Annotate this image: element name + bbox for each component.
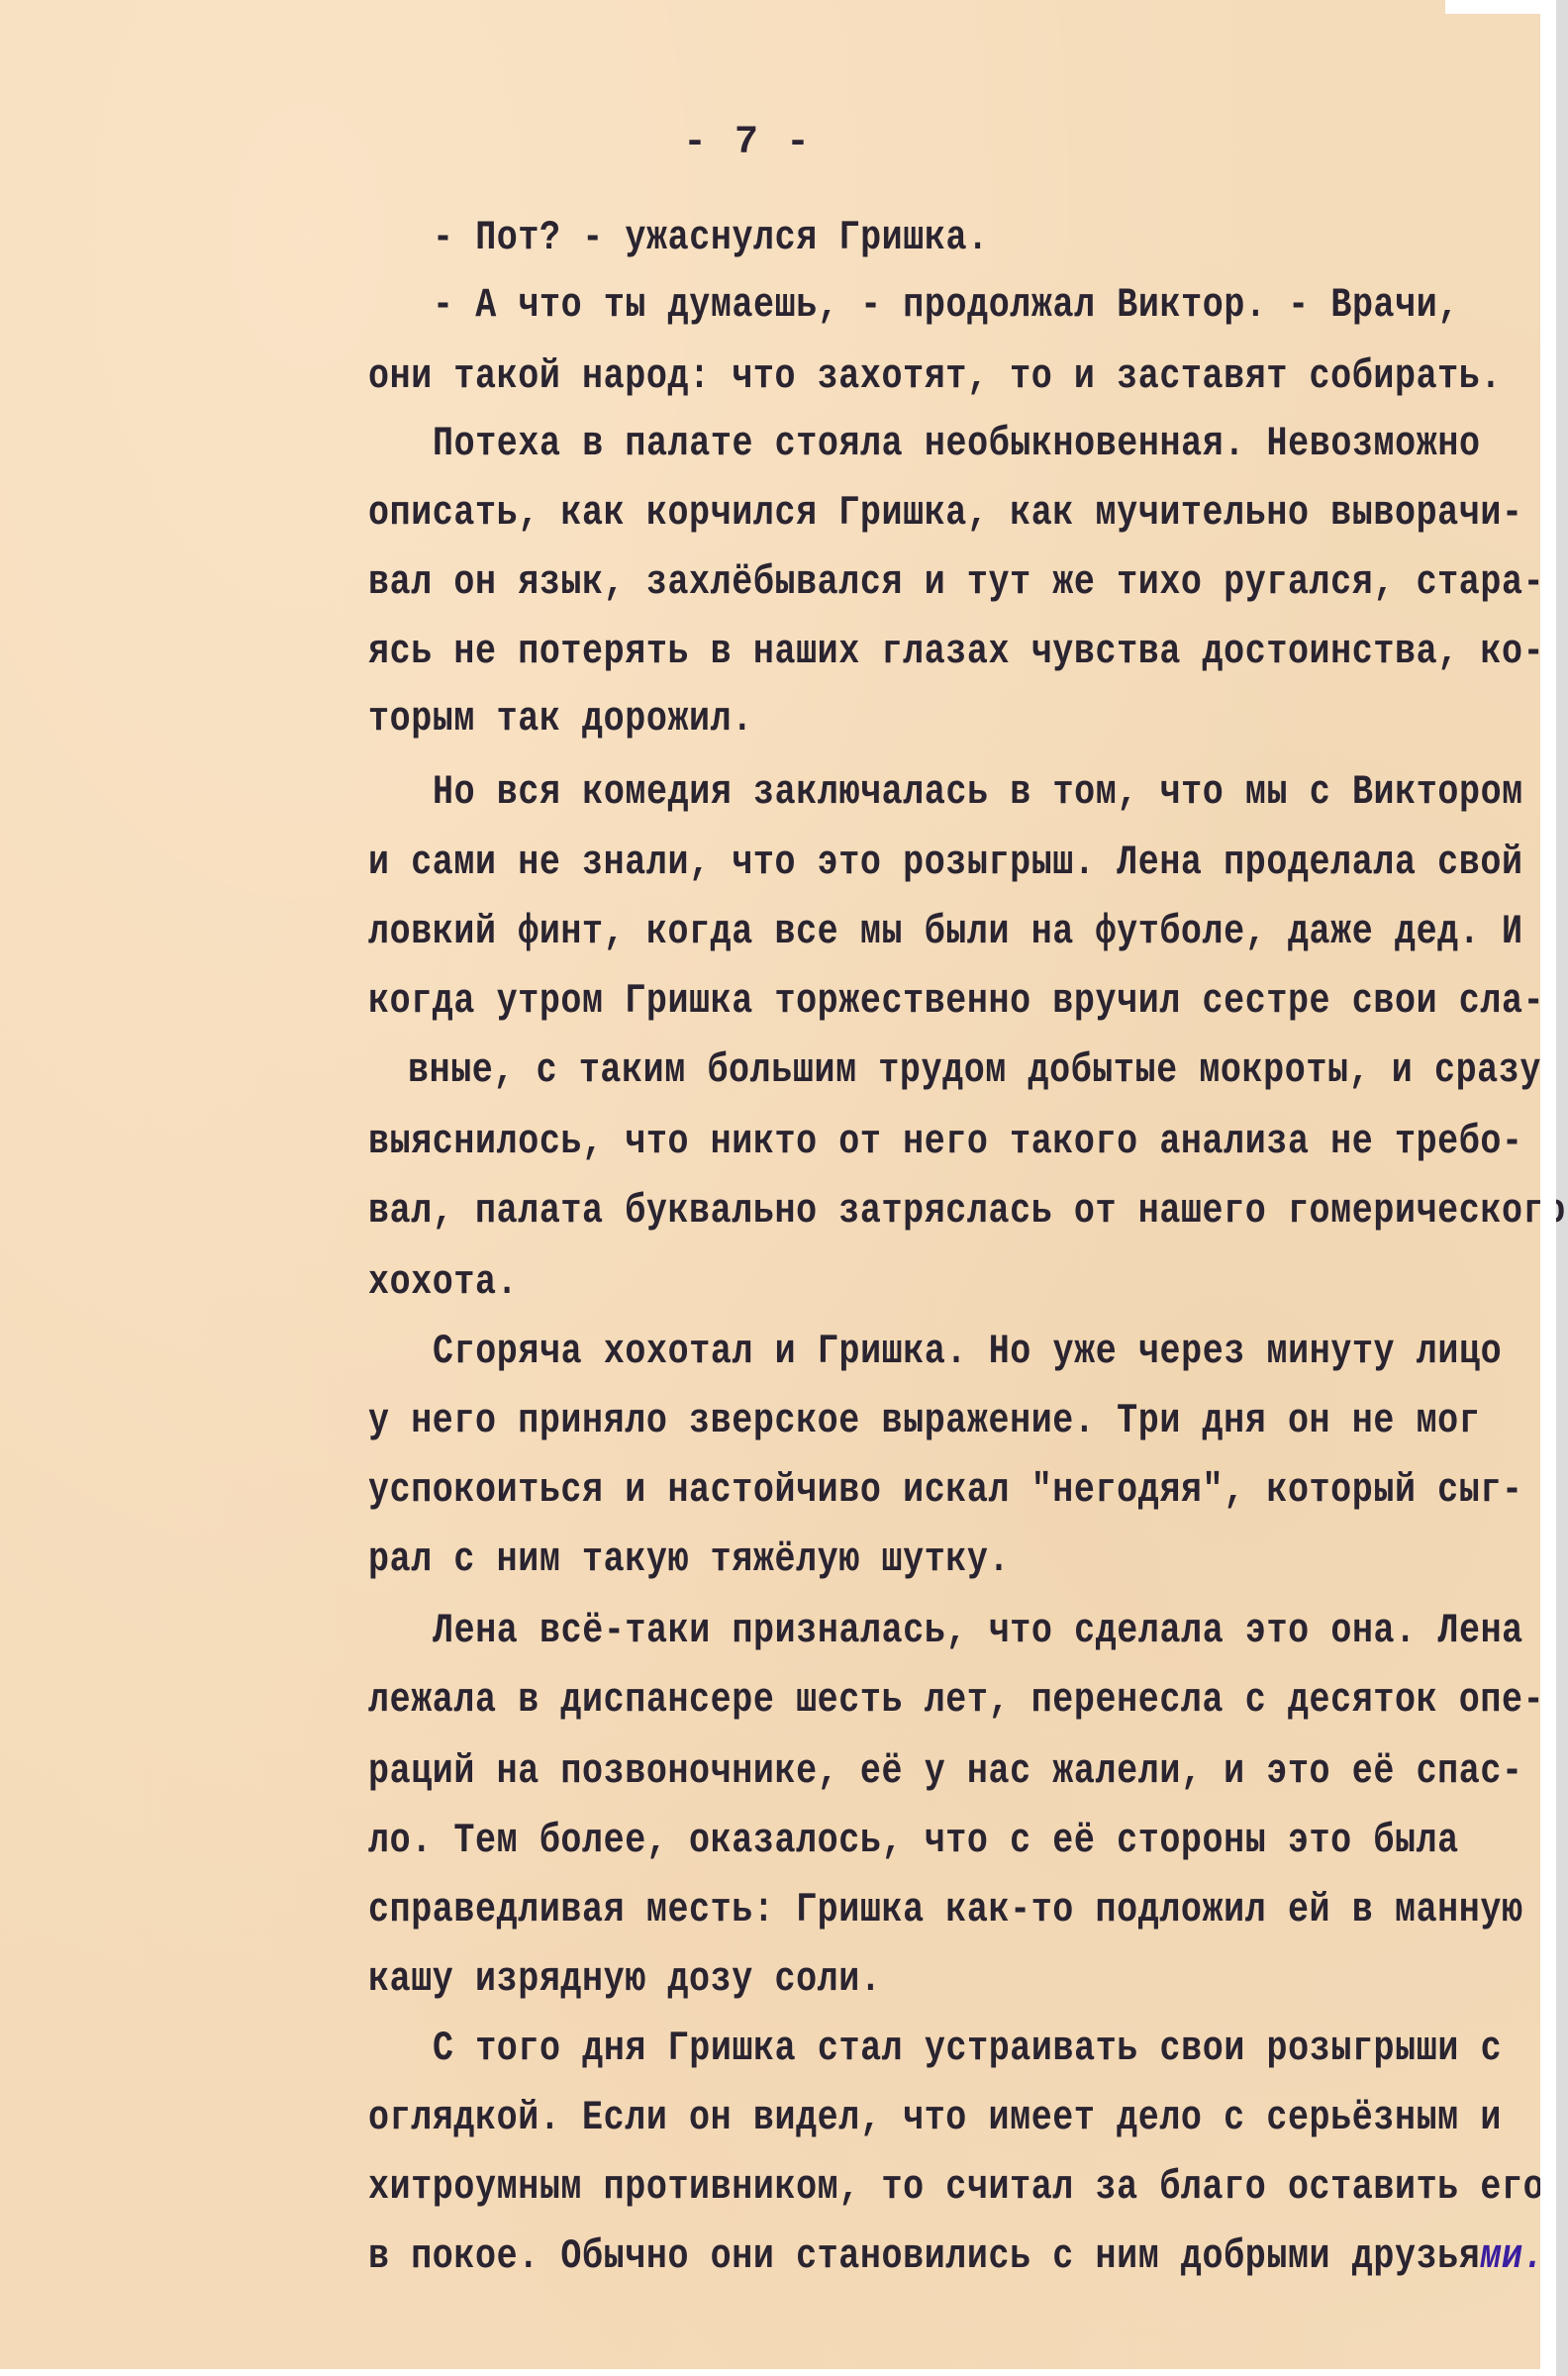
page-number: - 7 - xyxy=(683,121,802,165)
typed-text: в покое. Обычно они становились с ним до… xyxy=(368,2233,1480,2280)
text-line: С того дня Гришка стал устраивать свои р… xyxy=(433,2026,1502,2072)
handwritten-correction: ми. xyxy=(1480,2233,1544,2280)
text-line: Но вся комедия заключалась в том, что мы… xyxy=(433,769,1523,816)
text-line: хохота. xyxy=(368,1259,518,1306)
text-line: и сами не знали, что это розыгрыш. Лена … xyxy=(368,840,1523,886)
text-line: выяснилось, что никто от него такого ана… xyxy=(368,1119,1523,1165)
text-line: - А что ты думаешь, - продолжал Виктор. … xyxy=(433,282,1459,329)
text-line: - Пот? - ужаснулся Гришка. xyxy=(433,215,989,261)
typewritten-page: - 7 - - Пот? - ужаснулся Гришка. - А что… xyxy=(0,0,1540,2369)
text-line: вные, с таким большим трудом добытые мок… xyxy=(408,1047,1541,1094)
text-line: оглядкой. Если он видел, что имеет дело … xyxy=(368,2095,1502,2141)
text-line: ловкий финт, когда все мы были на футбол… xyxy=(368,909,1523,955)
text-line: успокоиться и настойчиво искал "негодяя"… xyxy=(368,1467,1523,1514)
text-line: кашу изрядную дозу соли. xyxy=(368,1956,881,2003)
text-line: раций на позвоночнике, её у нас жалели, … xyxy=(368,1748,1523,1795)
text-line: когда утром Гришка торжественно вручил с… xyxy=(368,978,1544,1025)
text-line: хитроумным противником, то считал за бла… xyxy=(368,2164,1544,2211)
text-line: вал, палата буквально затряслась от наше… xyxy=(368,1188,1566,1235)
text-line: лежала в диспансере шесть лет, перенесла… xyxy=(368,1677,1544,1724)
text-line: они такой народ: что захотят, то и заста… xyxy=(368,353,1502,400)
text-line: Потеха в палате стояла необыкновенная. Н… xyxy=(433,421,1481,467)
text-line: Лена всё-таки призналась, что сделала эт… xyxy=(433,1608,1523,1654)
text-line: вал он язык, захлёбывался и тут же тихо … xyxy=(368,559,1544,606)
text-line: Сгоряча хохотал и Гришка. Но уже через м… xyxy=(433,1329,1502,1375)
text-line: торым так дорожил. xyxy=(368,696,753,742)
text-line: у него приняло зверское выражение. Три д… xyxy=(368,1398,1480,1444)
text-line: ясь не потерять в наших глазах чувства д… xyxy=(368,629,1544,675)
text-line: описать, как корчился Гришка, как мучите… xyxy=(368,490,1523,537)
text-line: рал с ним такую тяжёлую шутку. xyxy=(368,1536,1010,1583)
text-line: ло. Тем более, оказалось, что с её сторо… xyxy=(368,1818,1459,1864)
scan-border-top xyxy=(1445,0,1556,14)
text-line-last: в покое. Обычно они становились с ним до… xyxy=(368,2233,1544,2280)
scan-border-bottom xyxy=(0,2369,1556,2376)
scan-border-right xyxy=(1540,0,1556,2376)
text-line: справедливая месть: Гришка как-то подлож… xyxy=(368,1887,1523,1933)
